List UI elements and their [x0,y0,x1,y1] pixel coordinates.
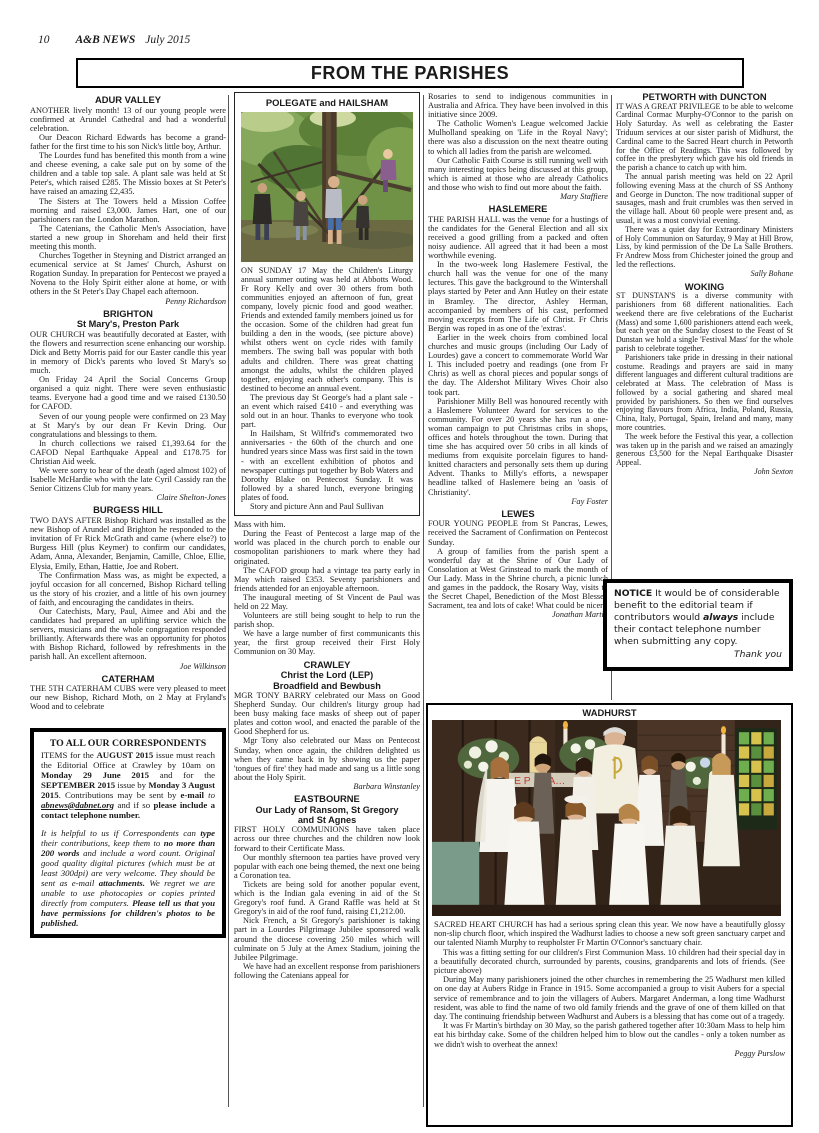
column-rule [228,95,229,1107]
article-adur-valley: ADUR VALLEY ANOTHER lively month! 13 of … [30,95,226,306]
article-brighton: BRIGHTON St Mary's, Preston Park OUR CHU… [30,309,226,503]
article-body: Mass with him.During the Feast of Pentec… [234,520,420,656]
article-body: MGR TONY BARRY celebrated our Mass on Go… [234,691,420,782]
article-heading: LEWES [428,509,608,520]
article-heading: CATERHAM [30,674,226,685]
article-paragraph: Mgr Tony also celebrated our Mass on Pen… [234,736,420,781]
article-byline: Sally Bohane [616,270,793,279]
article-woking: WOKING ST DUNSTAN'S is a diverse communi… [616,282,793,477]
notice-box: NOTICE It would be of considerable benef… [603,579,793,671]
article-paragraph: There was a quiet day for Extraordinary … [616,226,793,270]
article-heading: POLEGATE and HAILSHAM [241,98,413,109]
article-paragraph: Story and picture Ann and Paul Sullivan [241,502,413,511]
column-4: PETWORTH with DUNCTON IT WAS A GREAT PRI… [616,92,793,582]
article-byline: John Sexton [616,468,793,477]
article-byline: Peggy Purslow [735,1049,785,1058]
article-paragraph: The Catenians, the Catholic Men's Associ… [30,224,226,251]
article-paragraph: MGR TONY BARRY celebrated our Mass on Go… [234,691,420,736]
article-paragraph: Parishioners take pride in dressing in t… [616,354,793,433]
article-paragraph: It was Fr Martin's birthday on 30 May, s… [434,1021,785,1049]
article-paragraph: A group of families from the parish spen… [428,547,608,611]
article-body: ANOTHER lively month! 13 of our young pe… [30,106,226,297]
wadhurst-photo: E P IS A… [432,720,781,916]
article-body: TWO DAYS AFTER Bishop Richard was instal… [30,516,226,662]
article-paragraph: We have a large number of first communic… [234,629,420,656]
section-title: FROM THE PARISHES [311,63,509,84]
article-paragraph: OUR CHURCH was beautifully decorated at … [30,330,226,375]
article-heading: BRIGHTON [30,309,226,320]
article-paragraph: Our Deacon Richard Edwards has become a … [30,133,226,151]
newspaper-page: 10A&B NEWSJuly 2015 FROM THE PARISHES AD… [0,0,819,1133]
article-burgess-hill: BURGESS HILL TWO DAYS AFTER Bishop Richa… [30,505,226,670]
article-paragraph: The Lourdes fund has benefited this mont… [30,151,226,196]
article-paragraph: In the two-week long Haslemere Festival,… [428,260,608,333]
article-subheading: Christ the Lord (LEP) [234,670,420,680]
article-paragraph: Nick French, a St Gregory's parishioner … [234,916,420,961]
article-paragraph: ANOTHER lively month! 13 of our young pe… [30,106,226,133]
article-byline: Joe Wilkinson [30,662,226,671]
article-paragraph: SACRED HEART CHURCH has had a serious sp… [434,920,785,948]
article-body: SACRED HEART CHURCH has had a serious sp… [434,920,785,1049]
article-paragraph: Seven of our young people were confirmed… [30,412,226,439]
article-paragraph: Rosaries to send to indigenous communiti… [428,92,608,119]
article-body: THE 5TH CATERHAM CUBS were very pleased … [30,684,226,711]
article-paragraph: IT WAS A GREAT PRIVILEGE to be able to w… [616,103,793,173]
article-paragraph: The annual parish meeting was held on 22… [616,173,793,226]
article-heading: HASLEMERE [428,204,608,215]
article-heading: CRAWLEY [234,660,420,671]
article-polegate-hailsham: POLEGATE and HAILSHAM [234,92,420,516]
article-paragraph: Earlier in the week choirs from combined… [428,333,608,397]
article-body: ON SUNDAY 17 May the Children's Liturgy … [241,266,413,512]
correspondents-body: ITEMS for the AUGUST 2015 issue must rea… [41,750,215,820]
article-petworth-duncton: PETWORTH with DUNCTON IT WAS A GREAT PRI… [616,92,793,279]
column-3: Rosaries to send to indigenous communiti… [428,92,608,702]
article-body: FIRST HOLY COMMUNIONS have taken place a… [234,825,420,980]
article-heading: PETWORTH with DUNCTON [616,92,793,103]
article-paragraph: We have had an excellent response from p… [234,962,420,980]
article-paragraph: THE 5TH CATERHAM CUBS were very pleased … [30,684,226,711]
section-banner: FROM THE PARISHES [76,58,744,88]
article-body: Rosaries to send to indigenous communiti… [428,92,608,192]
wadhurst-body: SACRED HEART CHURCH has had a serious sp… [428,919,791,1050]
article-paragraph: Our Catholic Faith Course is still runni… [428,156,608,192]
article-body: OUR CHURCH was beautifully decorated at … [30,330,226,494]
article-lewes: LEWES FOUR YOUNG PEOPLE from St Pancras,… [428,509,608,620]
article-paragraph: Churches Together in Steyning and Distri… [30,251,226,296]
article-heading: EASTBOURNE [234,794,420,805]
article-subheading: Broadfield and Bewbush [234,681,420,691]
article-caterham: CATERHAM THE 5TH CATERHAM CUBS were very… [30,674,226,712]
article-paragraph: Our monthly sfternoon tea parties have p… [234,853,420,880]
page-number: 10 [38,34,50,46]
column-1: ADUR VALLEY ANOTHER lively month! 13 of … [30,92,226,1127]
polegate-photo [241,112,413,262]
notice-body: NOTICE It would be of considerable benef… [614,588,782,648]
article-crawley: CRAWLEY Christ the Lord (LEP) Broadfield… [234,660,420,791]
article-paragraph: During May many parishioners joined the … [434,975,785,1021]
article-paragraph: The previous day St George's had a plant… [241,393,413,429]
article-paragraph: FIRST HOLY COMMUNIONS have taken place a… [234,825,420,852]
article-subheading: Our Lady of Ransom, St Gregory [234,805,420,815]
article-body: FOUR YOUNG PEOPLE from St Pancras, Lewes… [428,519,608,610]
article-haslemere: HASLEMERE THE PARISH HALL was the venue … [428,204,608,506]
article-body: THE PARISH HALL was the venue for a hust… [428,215,608,497]
column-2: POLEGATE and HAILSHAM [234,92,420,1127]
article-wadhurst: WADHURST [426,703,793,1127]
article-paragraph: In Hailsham, St Wilfrid's commemorated t… [241,429,413,502]
page-header: 10A&B NEWSJuly 2015 [38,34,190,46]
article-paragraph: During the Feast of Pentecost a large ma… [234,529,420,565]
article-subheading: St Mary's, Preston Park [30,319,226,329]
article-paragraph: The CAFOD group had a vintage tea party … [234,566,420,593]
article-paragraph: The week before the Festival this year, … [616,433,793,468]
article-eastbourne: EASTBOURNE Our Lady of Ransom, St Gregor… [234,794,420,980]
correspondents-note: It is helpful to us if Correspondents ca… [41,828,215,928]
article-byline: Fay Foster [428,497,608,506]
correspondents-title: TO ALL OUR CORRESPONDENTS [41,738,215,749]
article-byline: Mary Staffiere [428,192,608,201]
article-paragraph: Parishioner Milly Bell was honoured rece… [428,397,608,497]
article-paragraph: We were sorry to hear of the death (aged… [30,466,226,493]
article-paragraph: The Catholic Women's League welcomed Jac… [428,119,608,155]
article-paragraph: The Confirmation Mass was, as might be e… [30,571,226,607]
article-subheading: and St Agnes [234,815,420,825]
article-paragraph: The inaugural meeting of St Vincent de P… [234,593,420,611]
article-paragraph: The Sisters at The Towers held a Mission… [30,197,226,224]
article-heading: WADHURST [428,705,791,718]
article-eastbourne-continued: Rosaries to send to indigenous communiti… [428,92,608,201]
article-paragraph: THE PARISH HALL was the venue for a hust… [428,215,608,260]
article-body: ST DUNSTAN'S is a diverse community with… [616,292,793,468]
article-paragraph: FOUR YOUNG PEOPLE from St Pancras, Lewes… [428,519,608,546]
article-paragraph: On Friday 24 April the Social Concerns G… [30,375,226,411]
article-byline: Penny Richardson [30,297,226,306]
column-rule [423,95,424,1107]
article-caterham-continued: Mass with him.During the Feast of Pentec… [234,520,420,656]
article-paragraph: ON SUNDAY 17 May the Children's Liturgy … [241,266,413,393]
article-paragraph: ST DUNSTAN'S is a diverse community with… [616,292,793,354]
article-paragraph: Mass with him. [234,520,420,529]
article-byline: Jonathan Martin [428,610,608,619]
article-byline: Claire Shelton-Jones [30,493,226,502]
article-paragraph: Volunteers are still being sought to hel… [234,611,420,629]
article-byline: Barbara Winstanley [234,782,420,791]
article-paragraph: Our Catechists, Mary, Paul, Aimee and Ab… [30,607,226,662]
article-paragraph: In church collections we raised £1,393.6… [30,439,226,466]
notice-signoff: Thank you [614,649,782,661]
correspondents-box: TO ALL OUR CORRESPONDENTS ITEMS for the … [30,728,226,938]
article-paragraph: This was a fitting setting for our clild… [434,948,785,976]
masthead: A&B NEWS [76,34,136,46]
article-body: IT WAS A GREAT PRIVILEGE to be able to w… [616,103,793,270]
article-paragraph: TWO DAYS AFTER Bishop Richard was instal… [30,516,226,571]
article-heading: ADUR VALLEY [30,95,226,106]
issue-date: July 2015 [145,34,190,46]
article-paragraph: Tickets are being sold for another popul… [234,880,420,916]
article-heading: BURGESS HILL [30,505,226,516]
